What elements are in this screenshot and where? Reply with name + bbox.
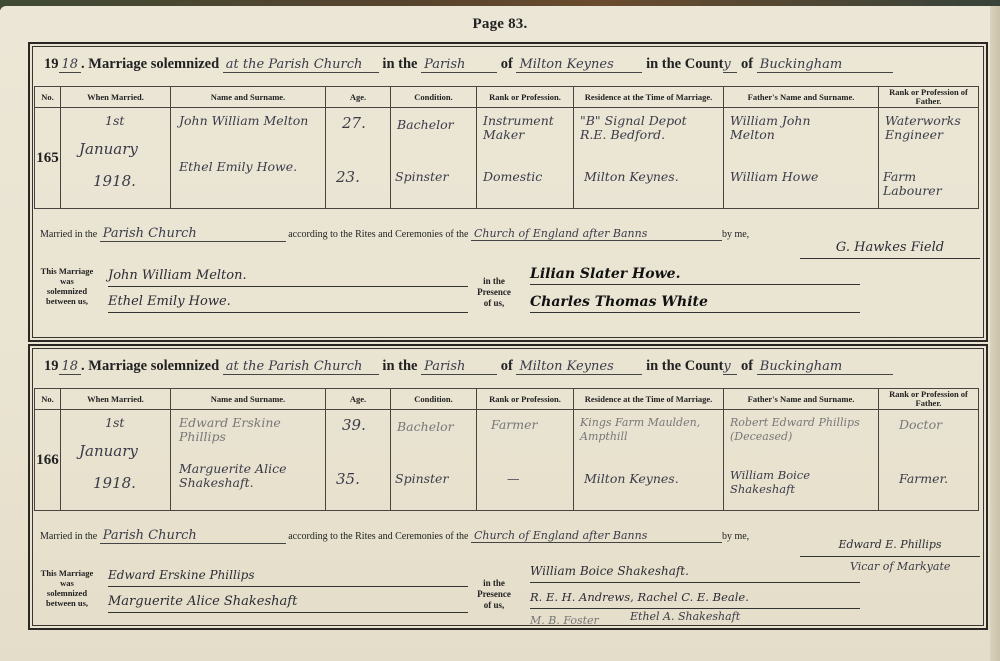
name-cell: John William Melton Ethel Emily Howe.: [171, 108, 326, 209]
married-in-field: Parish Church: [100, 226, 286, 242]
date-year: 1918.: [93, 174, 136, 188]
label-in-the: in the: [382, 358, 417, 374]
bride-signature: Marguerite Alice Shakeshaft: [108, 594, 468, 613]
date-day: 1st: [105, 114, 124, 128]
bride-age: 23.: [336, 170, 360, 184]
table-row: 165 1st January 1918. John William Melto…: [35, 108, 979, 209]
col-name: Name and Surname.: [171, 87, 326, 108]
bride-age: 35.: [336, 472, 360, 486]
profession-cell: Instrument Maker Domestic: [477, 108, 574, 209]
officiant-title: Vicar of Markyate: [850, 560, 950, 573]
table-row: 166 1st January 1918. Edward Erskine Phi…: [35, 410, 979, 511]
bride-signature: Ethel Emily Howe.: [108, 294, 468, 313]
when-married-cell: 1st January 1918.: [61, 410, 171, 511]
col-no: No.: [35, 87, 61, 108]
witness-signature-3: M. B. Foster: [530, 614, 599, 627]
bride-profession: Domestic: [483, 170, 542, 184]
bride-condition: Spinster: [395, 472, 448, 486]
bride-residence: Milton Keynes.: [584, 472, 679, 486]
groom-name: Edward Erskine Phillips: [179, 416, 319, 444]
label-presence: Presence: [470, 287, 518, 298]
groom-profession: Farmer: [491, 418, 537, 432]
col-father-profession: Rank or Profession of Father.: [879, 389, 979, 410]
page-edge: [990, 6, 1000, 661]
date-month: January: [79, 444, 138, 458]
bride-father-profession: Farmer.: [899, 472, 948, 486]
age-cell: 39. 35.: [326, 410, 391, 511]
label-according-to: according to the Rites and Ceremonies of…: [288, 229, 468, 240]
col-father-name: Father's Name and Surname.: [724, 389, 879, 410]
condition-cell: Bachelor Spinster: [391, 410, 477, 511]
groom-father-profession: Waterworks Engineer: [885, 114, 975, 142]
witness-signature-2: R. E. H. Andrews, Rachel C. E. Beale.: [530, 590, 860, 609]
col-no: No.: [35, 389, 61, 410]
county-suffix: y: [723, 359, 737, 375]
year-prefix: 19: [44, 56, 59, 72]
groom-profession: Instrument Maker: [483, 114, 571, 142]
label-solemnized: solemnized: [36, 286, 98, 296]
witness-signature-1: William Boice Shakeshaft.: [530, 564, 860, 583]
when-married-cell: 1st January 1918.: [61, 108, 171, 209]
county-field: Buckingham: [757, 57, 893, 73]
bride-condition: Spinster: [395, 170, 448, 184]
marriage-entry-166: 1918. Marriage solemnized at the Parish …: [28, 344, 988, 630]
presence-label: in the Presence of us,: [470, 578, 518, 611]
groom-father-profession: Doctor: [899, 418, 942, 432]
label-in-the-presence: in the: [470, 578, 518, 589]
year-prefix: 19: [44, 358, 59, 374]
col-father-name: Father's Name and Surname.: [724, 87, 879, 108]
father-profession-cell: Doctor Farmer.: [879, 410, 979, 511]
groom-residence: Kings Farm Maulden, Ampthill: [580, 416, 716, 444]
profession-cell: Farmer —: [477, 410, 574, 511]
witness-signature-4: Ethel A. Shakeshaft: [630, 610, 740, 623]
residence-cell: Kings Farm Maulden, Ampthill Milton Keyn…: [574, 410, 724, 511]
solemnized-between-label: This Marriage was solemnized between us,: [36, 266, 98, 306]
groom-condition: Bachelor: [397, 118, 454, 132]
column-headers: No. When Married. Name and Surname. Age.…: [35, 389, 979, 410]
label-presence: Presence: [470, 589, 518, 600]
col-father-profession: Rank or Profession of Father.: [879, 87, 979, 108]
father-name-cell: William John Melton William Howe: [724, 108, 879, 209]
date-month: January: [79, 142, 138, 156]
condition-cell: Bachelor Spinster: [391, 108, 477, 209]
entry-number: 166: [35, 410, 61, 511]
entry-table: No. When Married. Name and Surname. Age.…: [34, 388, 979, 511]
residence-cell: "B" Signal Depot R.E. Bedford. Milton Ke…: [574, 108, 724, 209]
label-this-marriage: This Marriage: [36, 266, 98, 276]
witness-signature-2: Charles Thomas White: [530, 294, 860, 313]
age-cell: 27. 23.: [326, 108, 391, 209]
married-in-field: Parish Church: [100, 528, 286, 544]
label-of-county: of: [741, 56, 753, 72]
label-by-me: by me,: [722, 229, 749, 240]
place-field: at the Parish Church: [223, 57, 379, 73]
col-age: Age.: [326, 389, 391, 410]
bride-father-profession: Farm Labourer: [883, 170, 977, 198]
groom-father: William John Melton: [730, 114, 850, 142]
label-county: in the Count: [646, 358, 723, 374]
groom-signature: John William Melton.: [108, 268, 468, 287]
col-profession: Rank or Profession.: [477, 87, 574, 108]
bride-father: William Boice Shakeshaft: [730, 468, 870, 496]
county-suffix: y: [723, 57, 737, 73]
label-of-us: of us,: [470, 600, 518, 611]
col-residence: Residence at the Time of Marriage.: [574, 389, 724, 410]
presence-label: in the Presence of us,: [470, 276, 518, 309]
date-year: 1918.: [93, 476, 136, 490]
label-between-us: between us,: [36, 296, 98, 306]
col-when-married: When Married.: [61, 389, 171, 410]
label-of: of: [501, 56, 513, 72]
bride-name: Ethel Emily Howe.: [179, 160, 319, 174]
label-of-county: of: [741, 358, 753, 374]
label-according-to: according to the Rites and Ceremonies of…: [288, 531, 468, 542]
label-by-me: by me,: [722, 531, 749, 542]
groom-residence: "B" Signal Depot R.E. Bedford.: [580, 114, 710, 142]
entry-heading: 1918. Marriage solemnized at the Parish …: [44, 56, 893, 73]
groom-age: 27.: [342, 116, 366, 130]
marriage-entry-165: 1918. Marriage solemnized at the Parish …: [28, 42, 988, 342]
bride-profession: —: [507, 472, 520, 486]
officiant-signature: Edward E. Phillips: [800, 538, 980, 557]
parish-word-field: Parish: [421, 359, 497, 375]
county-field: Buckingham: [757, 359, 893, 375]
label-this-marriage: This Marriage: [36, 568, 98, 578]
label-solemnized: solemnized: [36, 588, 98, 598]
father-profession-cell: Waterworks Engineer Farm Labourer: [879, 108, 979, 209]
column-headers: No. When Married. Name and Surname. Age.…: [35, 87, 979, 108]
place-field: at the Parish Church: [223, 359, 379, 375]
parish-name-field: Milton Keynes: [516, 359, 642, 375]
rites-field: Church of England after Banns: [471, 227, 722, 241]
bride-name: Marguerite Alice Shakeshaft.: [179, 462, 319, 490]
label-marriage-solemnized: Marriage solemnized: [88, 56, 219, 72]
groom-condition: Bachelor: [397, 420, 454, 434]
label-in-the-presence: in the: [470, 276, 518, 287]
label-in-the: in the: [382, 56, 417, 72]
date-day: 1st: [105, 416, 124, 430]
col-residence: Residence at the Time of Marriage.: [574, 87, 724, 108]
page-number: Page 83.: [0, 16, 1000, 33]
year-suffix: 18: [59, 359, 82, 375]
col-profession: Rank or Profession.: [477, 389, 574, 410]
married-in-line: Married in the Parish Church according t…: [40, 528, 749, 544]
rites-field: Church of England after Banns: [471, 529, 722, 543]
groom-age: 39.: [342, 418, 366, 432]
entry-number: 165: [35, 108, 61, 209]
col-name: Name and Surname.: [171, 389, 326, 410]
parish-name-field: Milton Keynes: [516, 57, 642, 73]
officiant-signature: G. Hawkes Field: [800, 240, 980, 259]
label-was: was: [36, 276, 98, 286]
entry-heading: 1918. Marriage solemnized at the Parish …: [44, 358, 893, 375]
bride-residence: Milton Keynes.: [584, 170, 679, 184]
year-suffix: 18: [59, 57, 82, 73]
label-marriage-solemnized: Marriage solemnized: [88, 358, 219, 374]
col-age: Age.: [326, 87, 391, 108]
bride-father: William Howe: [730, 170, 818, 184]
label-of: of: [501, 358, 513, 374]
col-condition: Condition.: [391, 389, 477, 410]
groom-name: John William Melton: [179, 114, 319, 128]
parish-word-field: Parish: [421, 57, 497, 73]
col-when-married: When Married.: [61, 87, 171, 108]
label-of-us: of us,: [470, 298, 518, 309]
name-cell: Edward Erskine Phillips Marguerite Alice…: [171, 410, 326, 511]
label-county: in the Count: [646, 56, 723, 72]
solemnized-between-label: This Marriage was solemnized between us,: [36, 568, 98, 608]
label-was: was: [36, 578, 98, 588]
father-name-cell: Robert Edward Phillips (Deceased) Willia…: [724, 410, 879, 511]
married-in-line: Married in the Parish Church according t…: [40, 226, 749, 242]
entry-table: No. When Married. Name and Surname. Age.…: [34, 86, 979, 209]
col-condition: Condition.: [391, 87, 477, 108]
groom-signature: Edward Erskine Phillips: [108, 568, 468, 587]
groom-father: Robert Edward Phillips (Deceased): [730, 416, 875, 444]
label-married-in: Married in the: [40, 229, 97, 240]
label-married-in: Married in the: [40, 531, 97, 542]
label-between-us: between us,: [36, 598, 98, 608]
witness-signature-1: Lilian Slater Howe.: [530, 266, 860, 285]
